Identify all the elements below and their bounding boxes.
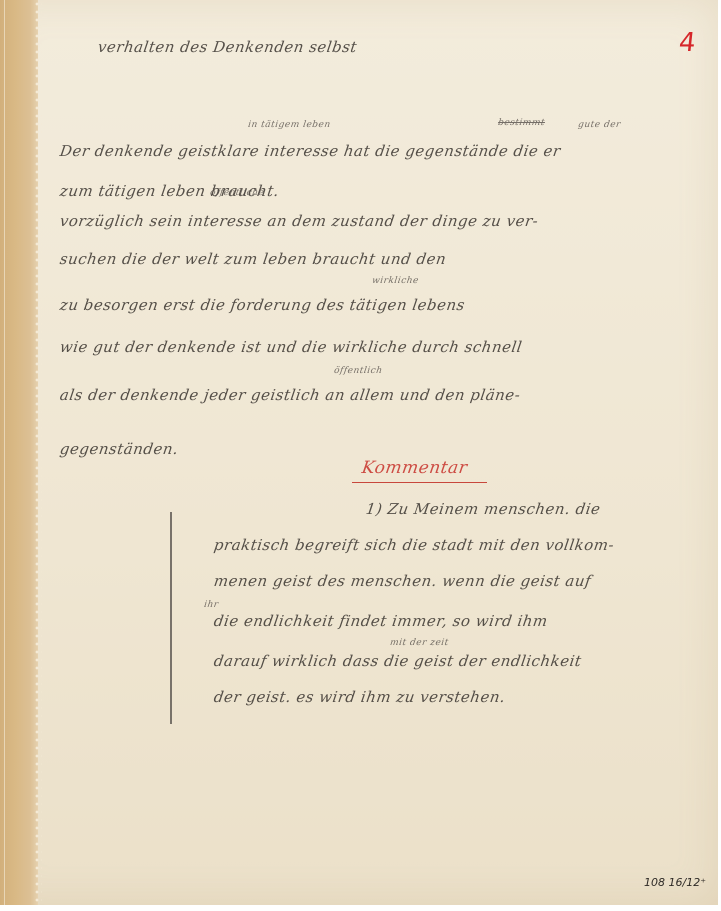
interlinear-note: mit der zeit (389, 638, 449, 648)
text-line: Der denkende geistklare interesse hat di… (59, 142, 562, 160)
struck-interlinear-note: bestimmt (497, 118, 545, 128)
interlinear-note: wirkliche (371, 276, 419, 286)
strip-edge-line (4, 0, 5, 905)
text-line: gegenständen. (59, 440, 180, 458)
archive-signature: 108 16/12⁺ (644, 876, 706, 889)
interlinear-note: öffentliche (209, 188, 265, 198)
interlinear-note: in tätigem leben (247, 120, 331, 130)
perforated-edge (34, 0, 42, 905)
text-line: darauf wirklich dass die geist der endli… (213, 652, 583, 670)
text-line: menen geist des menschen. wenn die geist… (213, 572, 593, 590)
text-line: zu besorgen erst die forderung des tätig… (59, 296, 466, 314)
text-line: suchen die der welt zum leben braucht un… (59, 250, 448, 268)
interlinear-note: ihr (203, 600, 219, 610)
text-line: praktisch begreift sich die stadt mit de… (213, 536, 616, 554)
interlinear-note: öffentlich (333, 366, 383, 376)
folio-number: 4 (678, 28, 698, 58)
text-line: wie gut der denkende ist und die wirklic… (59, 338, 524, 356)
text-line: vorzüglich sein interesse an dem zustand… (59, 212, 540, 230)
manuscript-page: 4 verhalten des Denkenden selbst in täti… (0, 0, 718, 905)
text-line: die endlichkeit findet immer, so wird ih… (213, 612, 549, 630)
heading-underline (352, 482, 487, 483)
binding-strip (0, 0, 38, 905)
text-line: der geist. es wird ihm zu verstehen. (213, 688, 507, 706)
text-line: 1) Zu Meinem menschen. die (365, 500, 602, 518)
page-title: verhalten des Denkenden selbst (97, 38, 359, 56)
text-line: als der denkende jeder geistlich an alle… (59, 386, 522, 404)
margin-rule (170, 512, 172, 724)
commentary-heading: Kommentar (361, 458, 469, 478)
interlinear-note: gute der (577, 120, 621, 130)
